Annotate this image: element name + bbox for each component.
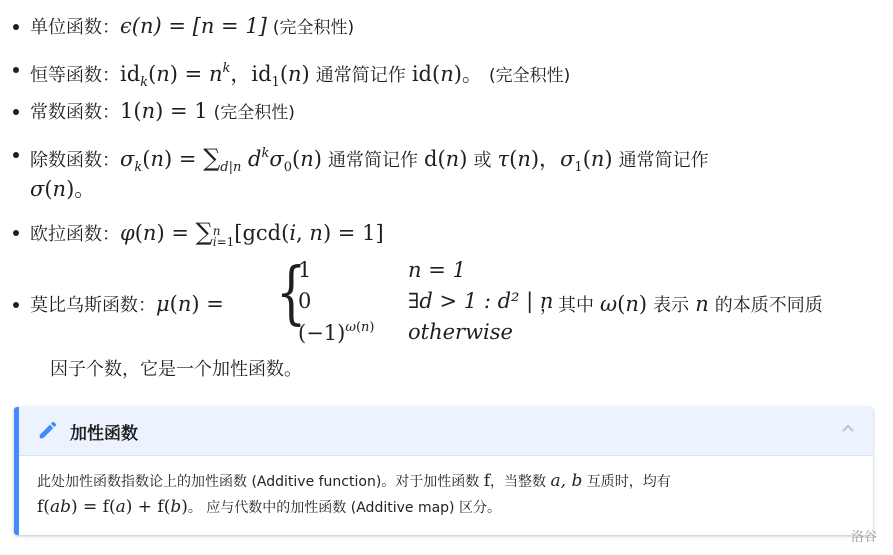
callout-title: 加性函数 xyxy=(70,419,138,444)
formula: σ(n)。 xyxy=(30,177,95,201)
item-label: 莫比乌斯函数： xyxy=(30,295,156,316)
text: 此处加性函数指数论上的加性函数 (Additive function)。对于加性… xyxy=(37,474,479,490)
text: 互质时，均有 xyxy=(587,474,671,490)
callout-line-1: 此处加性函数指数论上的加性函数 (Additive function)。对于加性… xyxy=(37,469,857,495)
case-value: 1 xyxy=(298,258,311,282)
item-text: ，其中 xyxy=(540,295,594,316)
bullet xyxy=(13,302,19,308)
case-condition: ∃d > 1 : d² | n xyxy=(408,289,553,313)
item-note: (完全积性) xyxy=(273,18,354,38)
formula: φ(n) = ∑ni=1[gcd(i, n) = 1] xyxy=(120,221,384,245)
callout-header[interactable]: 加性函数 xyxy=(19,407,873,456)
bullet xyxy=(13,152,19,158)
item-text: 因子个数，它是一个加性函数。 xyxy=(50,359,302,380)
item-label: 常数函数： xyxy=(30,102,120,123)
item-text: 或 xyxy=(473,150,491,171)
item-text: 的本质不同质 xyxy=(715,295,823,316)
item-note: (完全积性) xyxy=(214,103,295,123)
case-value: (−1)ω(n) xyxy=(298,320,374,345)
mobius-description-cont: 因子个数，它是一个加性函数。 xyxy=(50,355,302,384)
list-item-constant-function: 常数函数：1(n) = 1 (完全积性) xyxy=(30,97,295,127)
item-text: 表示 xyxy=(653,295,689,316)
formula: f(ab) = f(a) + f(b) xyxy=(37,497,188,517)
case-condition: otherwise xyxy=(408,320,513,344)
item-text: 通常简记作 xyxy=(619,150,709,171)
formula: σk(n) = ∑d|n dkσ0(n) xyxy=(120,147,322,171)
item-text: 通常简记作 xyxy=(328,150,418,171)
list-item-divisor-function: 除数函数：σk(n) = ∑d|n dkσ0(n) 通常简记作 d(n) 或 τ… xyxy=(30,140,709,182)
list-item-unit-function: 单位函数：ϵ(n) = [n = 1] (完全积性) xyxy=(30,12,354,42)
list-item-mobius-function: 莫比乌斯函数：μ(n) = xyxy=(30,290,224,320)
item-label: 除数函数： xyxy=(30,150,120,171)
text: 。 应与代数中的加性函数 (Additive map) 区分。 xyxy=(188,500,501,516)
item-label: 恒等函数： xyxy=(30,65,120,86)
chevron-up-icon[interactable] xyxy=(841,421,855,435)
formula: τ(n)，σ1(n) xyxy=(498,147,613,171)
formula: d(n) xyxy=(424,147,467,171)
item-label: 欧拉函数： xyxy=(30,224,120,245)
case-value: 0 xyxy=(298,289,311,313)
formula: 1(n) = 1 xyxy=(120,99,208,123)
formula: ω(n) xyxy=(600,292,647,316)
case-condition: n = 1 xyxy=(408,258,466,282)
bullet xyxy=(13,230,19,236)
formula: n xyxy=(695,292,709,316)
formula: ϵ(n) = [n = 1] xyxy=(120,14,267,38)
callout-body: 此处加性函数指数论上的加性函数 (Additive function)。对于加性… xyxy=(37,469,857,521)
additive-function-callout: 加性函数 此处加性函数指数论上的加性函数 (Additive function)… xyxy=(14,407,873,535)
bullet xyxy=(13,67,19,73)
item-text: 通常简记作 xyxy=(316,65,406,86)
text: ，当整数 xyxy=(490,474,546,490)
callout-line-2: f(ab) = f(a) + f(b)。 应与代数中的加性函数 (Additiv… xyxy=(37,495,857,521)
watermark: 洛谷 xyxy=(851,526,877,545)
formula: idk(n) = nk，id1(n) xyxy=(120,62,310,86)
item-note: (完全积性) xyxy=(489,66,570,86)
list-item-divisor-function-cont: σ(n)。 xyxy=(30,175,95,204)
mobius-description: ，其中 ω(n) 表示 n 的本质不同质 xyxy=(540,290,823,320)
list-item-identity-function: 恒等函数：idk(n) = nk，id1(n) 通常简记作 id(n)。 (完全… xyxy=(30,55,570,97)
formula: a, b xyxy=(551,471,583,491)
formula: μ(n) = xyxy=(156,292,224,316)
bullet xyxy=(13,24,19,30)
bullet xyxy=(13,109,19,115)
formula: id(n)。 xyxy=(412,62,483,86)
list-item-euler-function: 欧拉函数：φ(n) = ∑ni=1[gcd(i, n) = 1] xyxy=(30,218,384,249)
item-label: 单位函数： xyxy=(30,17,120,38)
pencil-icon xyxy=(37,419,59,441)
